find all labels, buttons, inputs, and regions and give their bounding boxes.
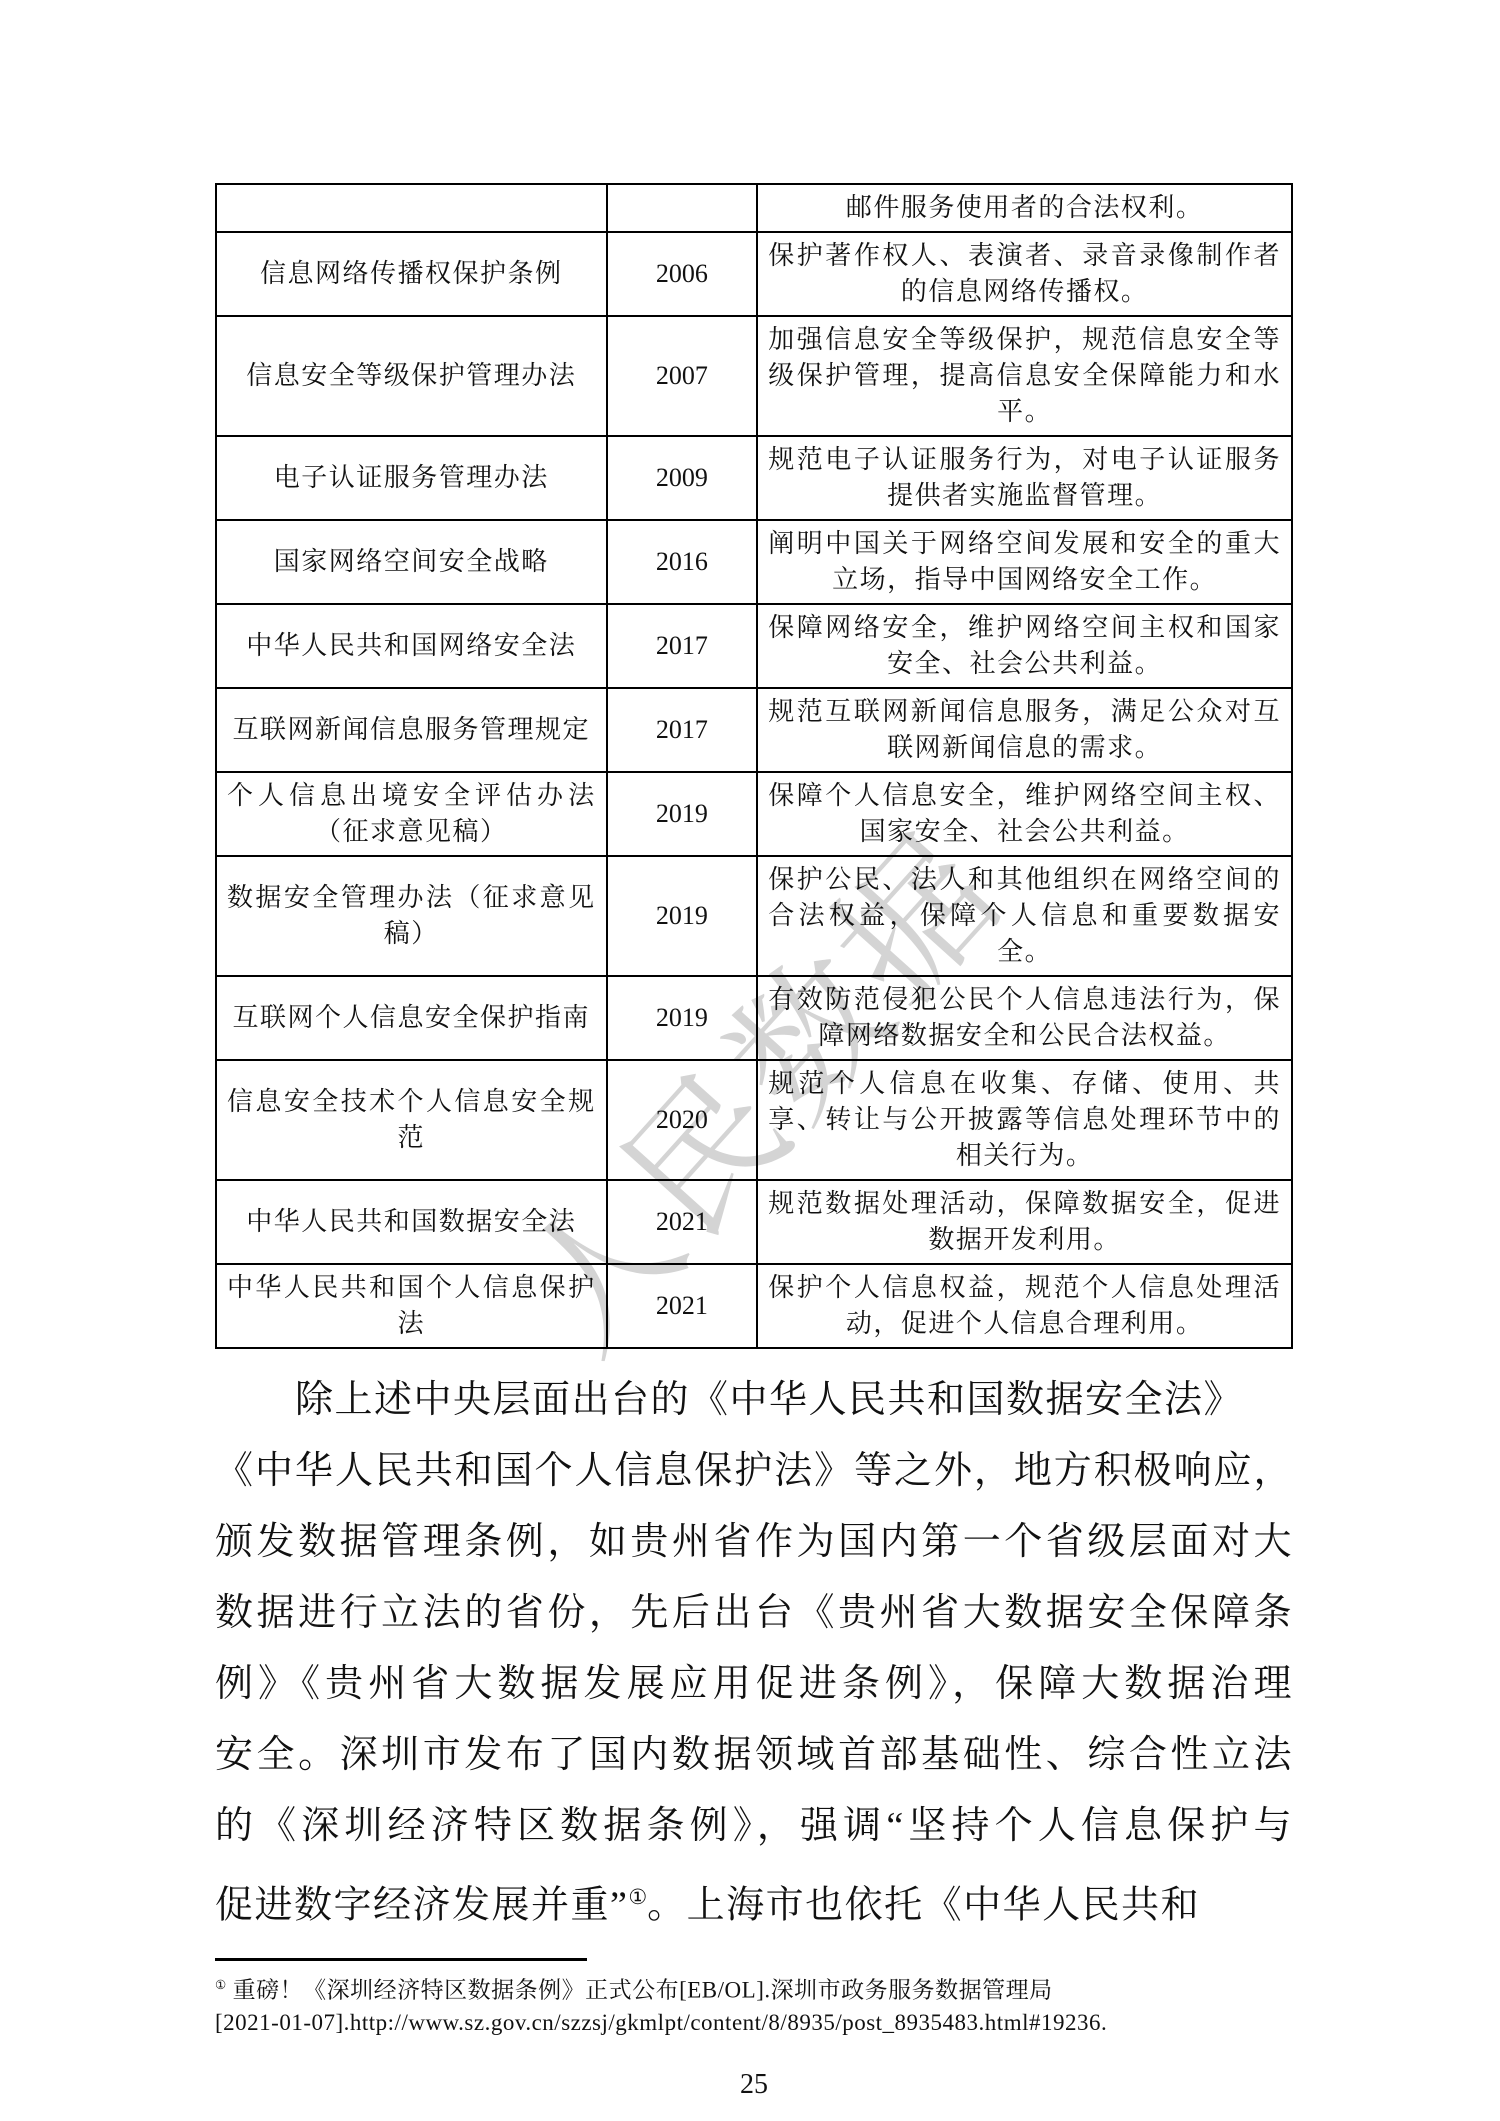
year-cell: 2019 — [607, 976, 758, 1060]
paragraph-line: 的《深圳经济特区数据条例》，强调“坚持个人信息保护与 — [215, 1791, 1293, 1862]
table-row: 互联网新闻信息服务管理规定2017规范互联网新闻信息服务，满足公众对互联网新闻信… — [216, 688, 1292, 772]
year-cell: 2019 — [607, 772, 758, 856]
paragraph-line: 《中华人民共和国个人信息保护法》等之外，地方积极响应， — [215, 1436, 1293, 1507]
table-row: 个人信息出境安全评估办法（征求意见稿）2019保障个人信息安全，维护网络空间主权… — [216, 772, 1292, 856]
description-cell: 保障个人信息安全，维护网络空间主权、国家安全、社会公共利益。 — [757, 772, 1292, 856]
description-cell: 保护个人信息权益，规范个人信息处理活动，促进个人信息合理利用。 — [757, 1264, 1292, 1348]
law-name-cell: 中华人民共和国个人信息保护法 — [216, 1264, 607, 1348]
footnote-line-1: ① 重磅！《深圳经济特区数据条例》正式公布[EB/OL].深圳市政务服务数据管理… — [215, 1969, 1293, 2007]
document-page: 人民数据 邮件服务使用者的合法权利。信息网络传播权保护条例2006保护著作权人、… — [0, 0, 1500, 2121]
description-cell: 邮件服务使用者的合法权利。 — [757, 184, 1292, 232]
table-row: 互联网个人信息安全保护指南2019有效防范侵犯公民个人信息违法行为，保障网络数据… — [216, 976, 1292, 1060]
year-cell: 2017 — [607, 688, 758, 772]
table-row: 信息安全技术个人信息安全规范2020规范个人信息在收集、存储、使用、共享、转让与… — [216, 1060, 1292, 1180]
year-cell: 2009 — [607, 436, 758, 520]
paragraph-line: 颁发数据管理条例，如贵州省作为国内第一个省级层面对大 — [215, 1507, 1293, 1578]
description-cell: 阐明中国关于网络空间发展和安全的重大立场，指导中国网络安全工作。 — [757, 520, 1292, 604]
footnote-text-1: 重磅！《深圳经济特区数据条例》正式公布[EB/OL].深圳市政务服务数据管理局 — [233, 1977, 1053, 2002]
table-row: 中华人民共和国网络安全法2017保障网络安全，维护网络空间主权和国家安全、社会公… — [216, 604, 1292, 688]
paragraph-line: 数据进行立法的省份，先后出台《贵州省大数据安全保障条 — [215, 1578, 1293, 1649]
footnote-ref-superscript: ① — [628, 1885, 647, 1909]
law-name-cell: 信息安全技术个人信息安全规范 — [216, 1060, 607, 1180]
footnote-line-2: [2021-01-07].http://www.sz.gov.cn/szzsj/… — [215, 2006, 1293, 2039]
law-name-cell: 互联网个人信息安全保护指南 — [216, 976, 607, 1060]
description-cell: 规范互联网新闻信息服务，满足公众对互联网新闻信息的需求。 — [757, 688, 1292, 772]
regulations-table: 邮件服务使用者的合法权利。信息网络传播权保护条例2006保护著作权人、表演者、录… — [215, 183, 1293, 1349]
description-cell: 规范个人信息在收集、存储、使用、共享、转让与公开披露等信息处理环节中的相关行为。 — [757, 1060, 1292, 1180]
year-cell: 2007 — [607, 316, 758, 436]
paragraph-line: 除上述中央层面出台的《中华人民共和国数据安全法》 — [215, 1365, 1293, 1436]
law-name-cell: 信息网络传播权保护条例 — [216, 232, 607, 316]
page-content: 邮件服务使用者的合法权利。信息网络传播权保护条例2006保护著作权人、表演者、录… — [215, 183, 1293, 2101]
law-name-cell: 互联网新闻信息服务管理规定 — [216, 688, 607, 772]
table-row: 信息安全等级保护管理办法2007加强信息安全等级保护，规范信息安全等级保护管理，… — [216, 316, 1292, 436]
year-cell: 2021 — [607, 1264, 758, 1348]
description-cell: 加强信息安全等级保护，规范信息安全等级保护管理，提高信息安全保障能力和水平。 — [757, 316, 1292, 436]
paragraph-line: 安全。深圳市发布了国内数据领域首部基础性、综合性立法 — [215, 1720, 1293, 1791]
year-cell: 2016 — [607, 520, 758, 604]
footnote-divider — [215, 1958, 587, 1961]
year-cell: 2019 — [607, 856, 758, 976]
law-name-cell: 中华人民共和国网络安全法 — [216, 604, 607, 688]
body-paragraph: 除上述中央层面出台的《中华人民共和国数据安全法》《中华人民共和国个人信息保护法》… — [215, 1365, 1293, 1942]
description-cell: 保障网络安全，维护网络空间主权和国家安全、社会公共利益。 — [757, 604, 1292, 688]
description-cell: 保护著作权人、表演者、录音录像制作者的信息网络传播权。 — [757, 232, 1292, 316]
paragraph-line: 例》《贵州省大数据发展应用促进条例》，保障大数据治理 — [215, 1649, 1293, 1720]
table-row: 数据安全管理办法（征求意见稿）2019保护公民、法人和其他组织在网络空间的合法权… — [216, 856, 1292, 976]
year-cell: 2021 — [607, 1180, 758, 1264]
description-cell: 规范数据处理活动，保障数据安全，促进数据开发利用。 — [757, 1180, 1292, 1264]
table-row: 中华人民共和国数据安全法2021规范数据处理活动，保障数据安全，促进数据开发利用… — [216, 1180, 1292, 1264]
year-cell — [607, 184, 758, 232]
law-name-cell: 个人信息出境安全评估办法（征求意见稿） — [216, 772, 607, 856]
paragraph-line: 促进数字经济发展并重”①。上海市也依托《中华人民共和 — [215, 1862, 1293, 1942]
law-name-cell: 国家网络空间安全战略 — [216, 520, 607, 604]
footnote: ① 重磅！《深圳经济特区数据条例》正式公布[EB/OL].深圳市政务服务数据管理… — [215, 1969, 1293, 2040]
table-row: 信息网络传播权保护条例2006保护著作权人、表演者、录音录像制作者的信息网络传播… — [216, 232, 1292, 316]
year-cell: 2020 — [607, 1060, 758, 1180]
table-row: 国家网络空间安全战略2016阐明中国关于网络空间发展和安全的重大立场，指导中国网… — [216, 520, 1292, 604]
paragraph-text: 。上海市也依托《中华人民共和 — [647, 1885, 1200, 1927]
table-row: 电子认证服务管理办法2009规范电子认证服务行为，对电子认证服务提供者实施监督管… — [216, 436, 1292, 520]
law-name-cell: 中华人民共和国数据安全法 — [216, 1180, 607, 1264]
description-cell: 规范电子认证服务行为，对电子认证服务提供者实施监督管理。 — [757, 436, 1292, 520]
paragraph-text: 促进数字经济发展并重” — [215, 1885, 628, 1927]
table-row: 中华人民共和国个人信息保护法2021保护个人信息权益，规范个人信息处理活动，促进… — [216, 1264, 1292, 1348]
law-name-cell: 信息安全等级保护管理办法 — [216, 316, 607, 436]
year-cell: 2017 — [607, 604, 758, 688]
description-cell: 保护公民、法人和其他组织在网络空间的合法权益，保障个人信息和重要数据安全。 — [757, 856, 1292, 976]
law-name-cell: 电子认证服务管理办法 — [216, 436, 607, 520]
footnote-marker: ① — [215, 1978, 226, 1992]
law-name-cell: 数据安全管理办法（征求意见稿） — [216, 856, 607, 976]
law-name-cell — [216, 184, 607, 232]
page-number: 25 — [215, 2069, 1293, 2101]
regulations-table-body: 邮件服务使用者的合法权利。信息网络传播权保护条例2006保护著作权人、表演者、录… — [216, 184, 1292, 1348]
description-cell: 有效防范侵犯公民个人信息违法行为，保障网络数据安全和公民合法权益。 — [757, 976, 1292, 1060]
table-row: 邮件服务使用者的合法权利。 — [216, 184, 1292, 232]
year-cell: 2006 — [607, 232, 758, 316]
